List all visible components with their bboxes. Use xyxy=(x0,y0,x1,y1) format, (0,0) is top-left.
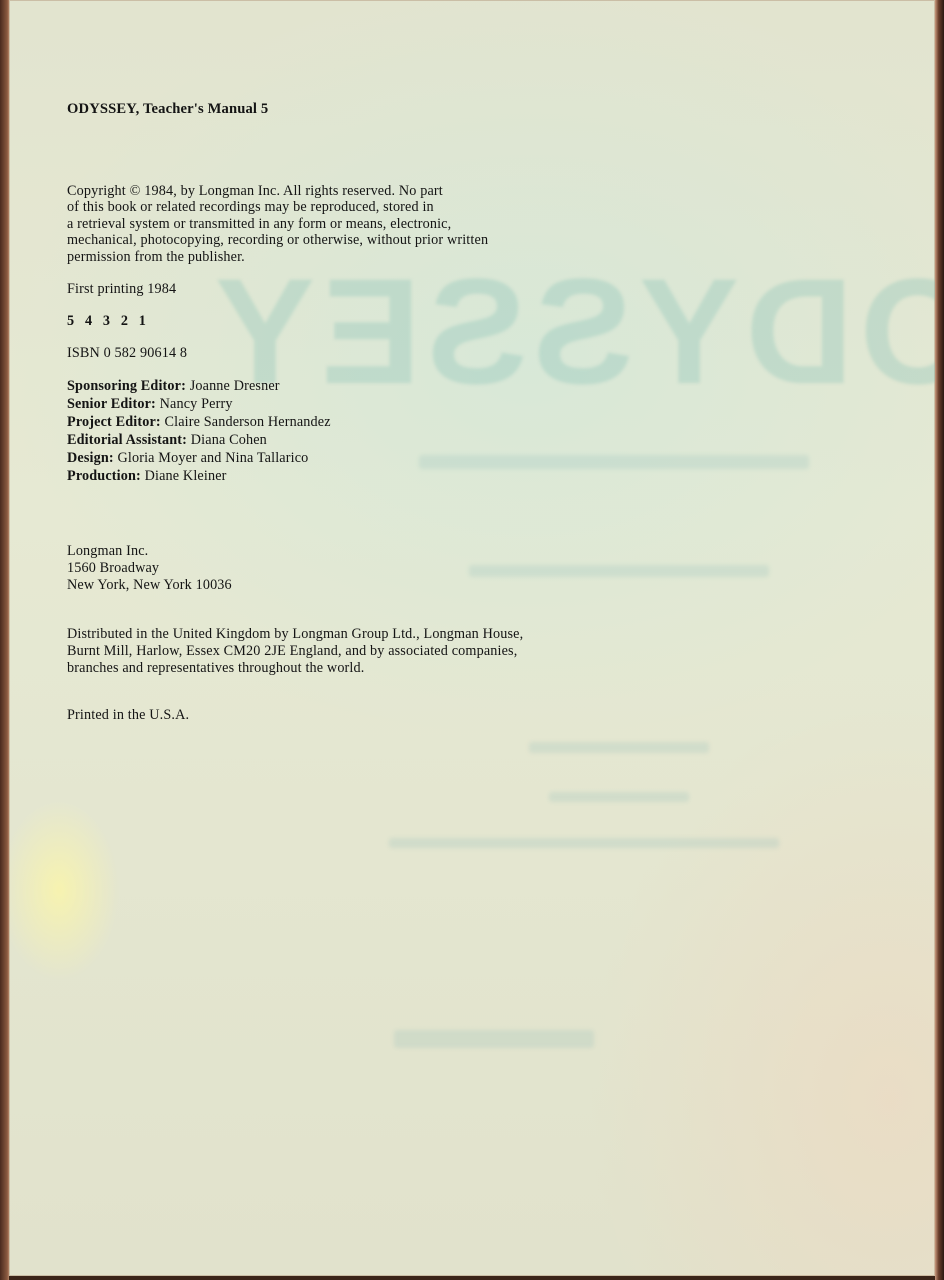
copyright-line: mechanical, photocopying, recording or o… xyxy=(67,232,627,248)
first-printing: First printing 1984 xyxy=(67,281,176,297)
distribution-line: Burnt Mill, Harlow, Essex CM20 2JE Engla… xyxy=(67,643,523,660)
credit-name: Diana Cohen xyxy=(191,432,267,448)
credit-name: Claire Sanderson Hernandez xyxy=(164,414,330,430)
credit-name: Nancy Perry xyxy=(160,396,233,412)
credit-line: Sponsoring Editor: Joanne Dresner xyxy=(67,377,331,395)
credit-role: Project Editor: xyxy=(67,414,161,430)
show-through-line xyxy=(469,565,769,577)
show-through-logo xyxy=(394,1030,594,1048)
credit-role: Production: xyxy=(67,468,141,484)
page-stack-edge xyxy=(935,0,944,1280)
copyright-notice: Copyright © 1984, by Longman Inc. All ri… xyxy=(67,183,627,265)
credit-role: Design: xyxy=(67,450,114,466)
address-line: 1560 Broadway xyxy=(67,560,232,577)
credit-role: Editorial Assistant: xyxy=(67,432,187,448)
publisher-address: Longman Inc. 1560 Broadway New York, New… xyxy=(67,543,232,594)
address-line: New York, New York 10036 xyxy=(67,577,232,594)
show-through-line xyxy=(389,838,779,848)
book-title-line: ODYSSEY, Teacher's Manual 5 xyxy=(67,101,268,117)
isbn: ISBN 0 582 90614 8 xyxy=(67,345,187,361)
credit-line: Editorial Assistant: Diana Cohen xyxy=(67,431,331,449)
credit-line: Design: Gloria Moyer and Nina Tallarico xyxy=(67,449,331,467)
copyright-line: permission from the publisher. xyxy=(67,249,627,265)
printed-in: Printed in the U.S.A. xyxy=(67,707,189,723)
credit-line: Senior Editor: Nancy Perry xyxy=(67,395,331,413)
distribution-line: branches and representatives throughout … xyxy=(67,660,523,677)
book-spine-edge xyxy=(0,0,9,1280)
show-through-line xyxy=(419,455,809,469)
credit-name: Diane Kleiner xyxy=(145,468,227,484)
staff-credits: Sponsoring Editor: Joanne Dresner Senior… xyxy=(67,377,331,485)
book-page: ODYSSEY ODYSSEY, Teacher's Manual 5 Copy… xyxy=(9,0,935,1276)
distribution-line: Distributed in the United Kingdom by Lon… xyxy=(67,626,523,643)
impression-line: 5 4 3 2 1 xyxy=(67,313,146,329)
credit-role: Senior Editor: xyxy=(67,396,156,412)
credit-line: Project Editor: Claire Sanderson Hernand… xyxy=(67,413,331,431)
copyright-line: of this book or related recordings may b… xyxy=(67,199,627,215)
distribution-notice: Distributed in the United Kingdom by Lon… xyxy=(67,626,523,677)
show-through-line xyxy=(529,742,709,753)
credit-name: Joanne Dresner xyxy=(190,378,280,394)
copyright-line: a retrieval system or transmitted in any… xyxy=(67,216,627,232)
credit-name: Gloria Moyer and Nina Tallarico xyxy=(117,450,308,466)
credit-role: Sponsoring Editor: xyxy=(67,378,186,394)
copyright-line: Copyright © 1984, by Longman Inc. All ri… xyxy=(67,183,627,199)
show-through-line xyxy=(549,792,689,802)
credit-line: Production: Diane Kleiner xyxy=(67,467,331,485)
address-line: Longman Inc. xyxy=(67,543,232,560)
